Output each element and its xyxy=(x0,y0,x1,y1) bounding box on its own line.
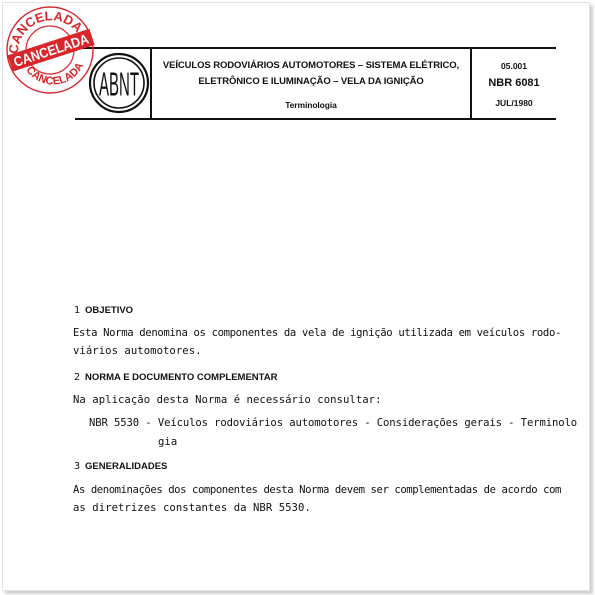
publication-date: JUL/1980 xyxy=(472,98,556,108)
logo-text: ABNT xyxy=(99,66,139,102)
reference-line: NBR 5530 - Veículos rodoviários automoto… xyxy=(89,417,577,429)
paragraph-line: as diretrizes constantes da NBR 5530. xyxy=(73,502,311,514)
header-bottom-rule xyxy=(75,118,556,120)
section-number: 3 xyxy=(74,461,80,472)
paragraph-line: Na aplicação desta Norma é necessário co… xyxy=(73,394,382,406)
section-title: NORMA E DOCUMENTO COMPLEMENTAR xyxy=(85,372,277,383)
paragraph-line: As denominações dos componentes desta No… xyxy=(73,484,561,496)
document-title-cell: VEÍCULOS RODOVIÁRIOS AUTOMOTORES – SISTE… xyxy=(152,49,470,118)
classification-code: 05.001 xyxy=(472,61,556,71)
section-title: OBJETIVO xyxy=(85,305,133,316)
document-title-line1: VEÍCULOS RODOVIÁRIOS AUTOMOTORES – SISTE… xyxy=(152,60,470,71)
paragraph-line: viários automotores. xyxy=(73,345,202,357)
section-number: 1 xyxy=(74,305,80,316)
section-heading-1: 1OBJETIVO xyxy=(74,305,133,316)
cancelada-stamp-icon: CANCELADA CANCELADA CANCELADA xyxy=(4,4,96,96)
section-heading-2: 2NORMA E DOCUMENTO COMPLEMENTAR xyxy=(74,372,278,383)
document-title-line2: ELETRÔNICO E ILUMINAÇÃO – VELA DA IGNIÇÃ… xyxy=(152,76,470,87)
reference-cell: 05.001 NBR 6081 JUL/1980 xyxy=(472,49,556,118)
reference-line-continuation: gia xyxy=(158,436,177,448)
paragraph-line: Esta Norma denomina os componentes da ve… xyxy=(73,327,561,339)
document-subtitle: Terminologia xyxy=(152,100,470,110)
section-heading-3: 3GENERALIDADES xyxy=(74,461,167,472)
section-number: 2 xyxy=(74,372,80,383)
norm-number: NBR 6081 xyxy=(472,77,556,89)
section-title: GENERALIDADES xyxy=(85,461,167,472)
abnt-logo-icon: ABNT xyxy=(87,51,151,115)
